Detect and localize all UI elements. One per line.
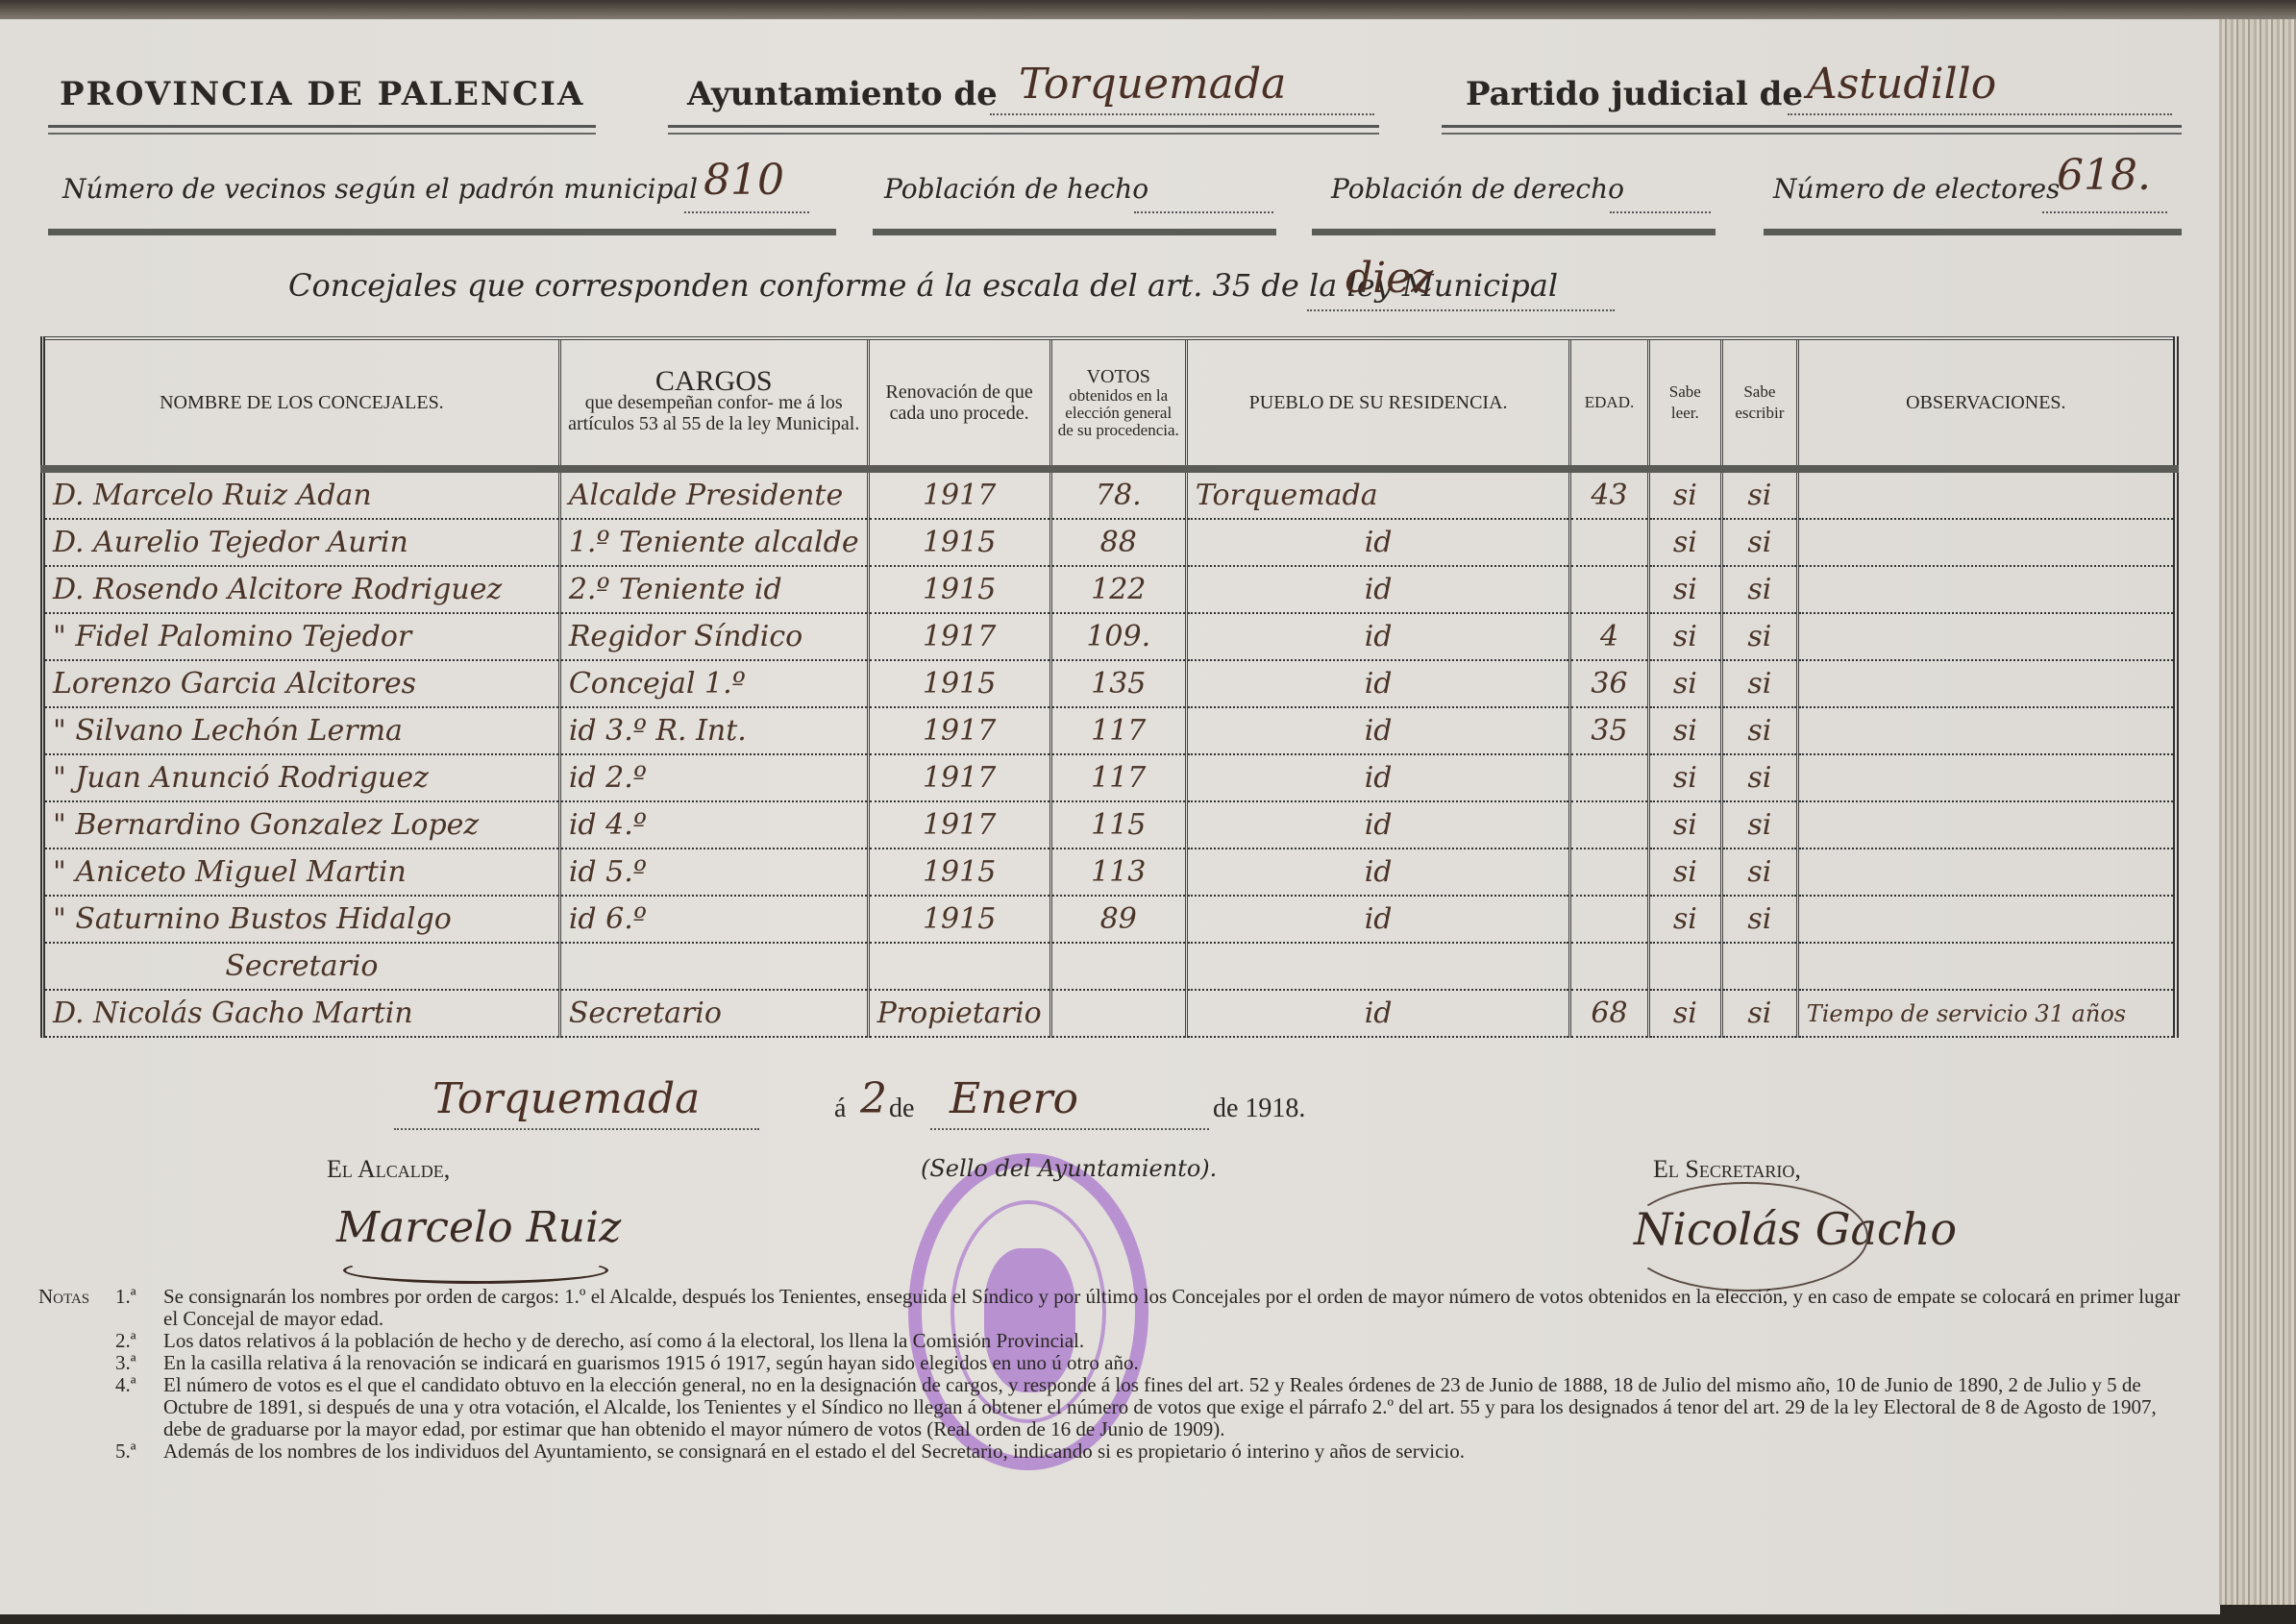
- cell-edad: [1570, 849, 1648, 896]
- cell-votos: 122: [1050, 566, 1186, 613]
- cell-escribir: si: [1722, 801, 1798, 849]
- cell-cargo: id 5.º: [559, 849, 868, 896]
- cell-votos: 117: [1050, 707, 1186, 754]
- cell-leer: si: [1648, 613, 1721, 660]
- cell-observaciones: [1797, 519, 2176, 566]
- note-item: 3.ª En la casilla relativa á la renovaci…: [38, 1352, 2191, 1374]
- date-month-field: Enero: [930, 1103, 1209, 1130]
- divider: [48, 229, 836, 235]
- ayuntamiento-field: Torquemada: [990, 75, 1374, 115]
- table-row: D. Aurelio Tejedor Aurin 1.º Teniente al…: [43, 519, 2177, 566]
- cell-edad: 35: [1570, 707, 1648, 754]
- cell-cargo: Regidor Síndico: [559, 613, 868, 660]
- date-day: 2: [860, 1074, 887, 1123]
- date-de: de: [889, 1094, 914, 1124]
- cell-leer: si: [1648, 469, 1721, 519]
- cell-nombre: Secretario: [43, 943, 560, 990]
- cell-observaciones: [1797, 896, 2176, 943]
- secretario-flourish: [1624, 1182, 1868, 1292]
- cell-pueblo: id: [1186, 801, 1570, 849]
- header-nombre: NOMBRE DE LOS CONCEJALES.: [43, 338, 560, 469]
- header-renovacion: Renovación de que cada uno procede.: [868, 338, 1050, 469]
- cell-votos: 113: [1050, 849, 1186, 896]
- poblacion-hecho-label: Población de hecho: [884, 173, 1148, 205]
- cell-nombre: D. Marcelo Ruiz Adan: [43, 469, 560, 519]
- header-escribir: Sabe escribir: [1722, 338, 1798, 469]
- cell-renovacion: Propietario: [868, 990, 1050, 1037]
- note-number: 5.ª: [115, 1440, 163, 1463]
- cell-escribir: si: [1722, 519, 1798, 566]
- divider: [48, 125, 596, 135]
- cell-votos: 109.: [1050, 613, 1186, 660]
- cell-nombre: " Saturnino Bustos Hidalgo: [43, 896, 560, 943]
- cell-observaciones: [1797, 660, 2176, 707]
- cell-observaciones: [1797, 943, 2176, 990]
- divider: [873, 229, 1276, 235]
- cell-observaciones: [1797, 469, 2176, 519]
- table-row: " Silvano Lechón Lerma id 3.º R. Int. 19…: [43, 707, 2177, 754]
- cell-votos: 117: [1050, 754, 1186, 801]
- cell-leer: si: [1648, 660, 1721, 707]
- cell-renovacion: 1917: [868, 801, 1050, 849]
- cell-cargo: id 3.º R. Int.: [559, 707, 868, 754]
- header-votos: VOTOS obtenidos en la elección general d…: [1050, 338, 1186, 469]
- cell-edad: 43: [1570, 469, 1648, 519]
- note-text: Además de los nombres de los individuos …: [163, 1440, 2191, 1463]
- header-cargos-title: CARGOS: [565, 371, 863, 392]
- cell-renovacion: 1917: [868, 754, 1050, 801]
- divider: [1764, 229, 2182, 235]
- alcalde-flourish: [343, 1257, 608, 1284]
- table-row: " Juan Anunció Rodriguez id 2.º 1917 117…: [43, 754, 2177, 801]
- cell-edad: [1570, 519, 1648, 566]
- cell-nombre: D. Rosendo Alcitore Rodriguez: [43, 566, 560, 613]
- cell-nombre: " Fidel Palomino Tejedor: [43, 613, 560, 660]
- cell-observaciones: [1797, 754, 2176, 801]
- cell-nombre: " Silvano Lechón Lerma: [43, 707, 560, 754]
- cell-escribir: si: [1722, 469, 1798, 519]
- alcalde-signature: Marcelo Ruiz: [336, 1203, 621, 1252]
- header-edad: EDAD.: [1570, 338, 1648, 469]
- cell-edad: 68: [1570, 990, 1648, 1037]
- cell-leer: si: [1648, 849, 1721, 896]
- note-number: 1.ª: [115, 1286, 163, 1330]
- poblacion-hecho-field: [1134, 187, 1273, 213]
- cell-observaciones: [1797, 849, 2176, 896]
- table-row: " Fidel Palomino Tejedor Regidor Síndico…: [43, 613, 2177, 660]
- cell-escribir: si: [1722, 613, 1798, 660]
- cell-cargo: [559, 943, 868, 990]
- cell-edad: [1570, 943, 1648, 990]
- cell-cargo: id 2.º: [559, 754, 868, 801]
- cell-escribir: [1722, 943, 1798, 990]
- cell-nombre: Lorenzo Garcia Alcitores: [43, 660, 560, 707]
- cell-pueblo: id: [1186, 754, 1570, 801]
- date-place-field: Torquemada: [394, 1103, 759, 1130]
- cell-pueblo: [1186, 943, 1570, 990]
- cell-edad: [1570, 754, 1648, 801]
- header-cargos: CARGOS que desempeñan confor- me á los a…: [559, 338, 868, 469]
- cell-escribir: si: [1722, 849, 1798, 896]
- cell-nombre: D. Nicolás Gacho Martin: [43, 990, 560, 1037]
- cell-observaciones: [1797, 801, 2176, 849]
- cell-renovacion: 1915: [868, 896, 1050, 943]
- cell-pueblo: id: [1186, 660, 1570, 707]
- cell-edad: [1570, 896, 1648, 943]
- cell-pueblo: Torquemada: [1186, 469, 1570, 519]
- cell-edad: 36: [1570, 660, 1648, 707]
- note-number: 4.ª: [115, 1374, 163, 1440]
- alcalde-label: El Alcalde,: [327, 1155, 450, 1184]
- date-month: Enero: [950, 1074, 1078, 1123]
- cell-pueblo: id: [1186, 707, 1570, 754]
- cell-observaciones: [1797, 566, 2176, 613]
- cell-pueblo: id: [1186, 849, 1570, 896]
- cell-edad: [1570, 801, 1648, 849]
- cell-edad: [1570, 566, 1648, 613]
- cell-renovacion: 1917: [868, 613, 1050, 660]
- cell-escribir: si: [1722, 754, 1798, 801]
- divider: [1312, 229, 1716, 235]
- note-item: Notas 1.ª Se consignarán los nombres por…: [38, 1286, 2191, 1330]
- cell-pueblo: id: [1186, 519, 1570, 566]
- cell-votos: 78.: [1050, 469, 1186, 519]
- cell-escribir: si: [1722, 566, 1798, 613]
- concejales-field: diez: [1307, 286, 1615, 311]
- header-observaciones: OBSERVACIONES.: [1797, 338, 2176, 469]
- table-row: " Aniceto Miguel Martin id 5.º 1915 113 …: [43, 849, 2177, 896]
- cell-leer: si: [1648, 801, 1721, 849]
- cell-escribir: si: [1722, 990, 1798, 1037]
- cell-pueblo: id: [1186, 566, 1570, 613]
- partido-value: Astudillo: [1807, 60, 1996, 109]
- book-page-edges: [2219, 19, 2296, 1605]
- cell-leer: si: [1648, 990, 1721, 1037]
- cell-pueblo: id: [1186, 896, 1570, 943]
- cell-observaciones: [1797, 707, 2176, 754]
- cell-pueblo: id: [1186, 613, 1570, 660]
- note-text: El número de votos es el que el candidat…: [163, 1374, 2191, 1440]
- cell-cargo: 1.º Teniente alcalde: [559, 519, 868, 566]
- cell-votos: 88: [1050, 519, 1186, 566]
- cell-votos: [1050, 943, 1186, 990]
- poblacion-derecho-field: [1610, 187, 1711, 213]
- note-number: 3.ª: [115, 1352, 163, 1374]
- cell-edad: 4: [1570, 613, 1648, 660]
- cell-nombre: " Bernardino Gonzalez Lopez: [43, 801, 560, 849]
- partido-field: Astudillo: [1788, 75, 2172, 115]
- table-row: Lorenzo Garcia Alcitores Concejal 1.º 19…: [43, 660, 2177, 707]
- cell-renovacion: 1915: [868, 566, 1050, 613]
- cell-renovacion: 1917: [868, 707, 1050, 754]
- cell-observaciones: [1797, 613, 2176, 660]
- table-row: " Bernardino Gonzalez Lopez id 4.º 1917 …: [43, 801, 2177, 849]
- cell-leer: si: [1648, 707, 1721, 754]
- cell-leer: [1648, 943, 1721, 990]
- cell-nombre: " Aniceto Miguel Martin: [43, 849, 560, 896]
- cell-renovacion: 1915: [868, 660, 1050, 707]
- notes-label: Notas: [38, 1286, 115, 1330]
- cell-leer: si: [1648, 566, 1721, 613]
- cell-nombre: " Juan Anunció Rodriguez: [43, 754, 560, 801]
- electores-field: 618.: [2042, 187, 2167, 213]
- divider: [1442, 125, 2182, 135]
- date-year: de 1918.: [1213, 1094, 1305, 1124]
- secretario-label: El Secretario,: [1653, 1155, 1801, 1184]
- note-item: 5.ª Además de los nombres de los individ…: [38, 1440, 2191, 1463]
- partido-label: Partido judicial de: [1466, 75, 1803, 113]
- date-place: Torquemada: [432, 1074, 700, 1123]
- cell-renovacion: 1917: [868, 469, 1050, 519]
- table-row: D. Rosendo Alcitore Rodriguez 2.º Tenien…: [43, 566, 2177, 613]
- cell-cargo: id 6.º: [559, 896, 868, 943]
- cell-cargo: Concejal 1.º: [559, 660, 868, 707]
- vecinos-label: Número de vecinos según el padrón munici…: [62, 173, 698, 205]
- cell-pueblo: id: [1186, 990, 1570, 1037]
- header-cargos-sub: que desempeñan confor- me á los artículo…: [565, 392, 863, 434]
- concejales-value: diez: [1346, 254, 1433, 303]
- note-text: Se consignarán los nombres por orden de …: [163, 1286, 2191, 1330]
- cell-leer: si: [1648, 519, 1721, 566]
- note-text: En la casilla relativa á la renovación s…: [163, 1352, 2191, 1374]
- cell-votos: 89: [1050, 896, 1186, 943]
- electores-label: Número de electores: [1773, 173, 2060, 205]
- cell-cargo: Alcalde Presidente: [559, 469, 868, 519]
- sello-label: (Sello del Ayuntamiento).: [921, 1155, 1217, 1182]
- table-header-row: NOMBRE DE LOS CONCEJALES. CARGOS que des…: [43, 338, 2177, 469]
- note-number: 2.ª: [115, 1330, 163, 1352]
- note-text: Los datos relativos á la población de he…: [163, 1330, 2191, 1352]
- cell-votos: 115: [1050, 801, 1186, 849]
- cell-renovacion: [868, 943, 1050, 990]
- vecinos-field: 810: [684, 183, 809, 213]
- header-votos-title: VOTOS: [1056, 366, 1181, 387]
- table-row: D. Marcelo Ruiz Adan Alcalde Presidente …: [43, 469, 2177, 519]
- notes-section: Notas 1.ª Se consignarán los nombres por…: [38, 1286, 2191, 1463]
- header-votos-sub: obtenidos en la elección general de su p…: [1056, 387, 1181, 439]
- cell-cargo: Secretario: [559, 990, 868, 1037]
- table-row: " Saturnino Bustos Hidalgo id 6.º 1915 8…: [43, 896, 2177, 943]
- cell-escribir: si: [1722, 896, 1798, 943]
- divider: [668, 125, 1379, 135]
- cell-nombre: D. Aurelio Tejedor Aurin: [43, 519, 560, 566]
- cell-escribir: si: [1722, 660, 1798, 707]
- provincia-title: PROVINCIA DE PALENCIA: [60, 75, 584, 113]
- electores-value: 618.: [2057, 151, 2151, 200]
- cell-cargo: id 4.º: [559, 801, 868, 849]
- cell-renovacion: 1915: [868, 849, 1050, 896]
- note-item: 2.ª Los datos relativos á la población d…: [38, 1330, 2191, 1352]
- cell-votos: [1050, 990, 1186, 1037]
- ayuntamiento-value: Torquemada: [1019, 60, 1286, 109]
- cell-leer: si: [1648, 896, 1721, 943]
- header-pueblo: PUEBLO DE SU RESIDENCIA.: [1186, 338, 1570, 469]
- poblacion-derecho-label: Población de derecho: [1331, 173, 1624, 205]
- cell-leer: si: [1648, 754, 1721, 801]
- document-page: PROVINCIA DE PALENCIA Ayuntamiento de To…: [0, 19, 2220, 1614]
- cell-cargo: 2.º Teniente id: [559, 566, 868, 613]
- cell-escribir: si: [1722, 707, 1798, 754]
- table-row: Secretario: [43, 943, 2177, 990]
- cell-renovacion: 1915: [868, 519, 1050, 566]
- ayuntamiento-label: Ayuntamiento de: [687, 75, 998, 113]
- concejales-table: NOMBRE DE LOS CONCEJALES. CARGOS que des…: [40, 336, 2179, 1038]
- header-leer: Sabe leer.: [1648, 338, 1721, 469]
- cell-votos: 135: [1050, 660, 1186, 707]
- vecinos-value: 810: [704, 156, 784, 205]
- date-a: á: [834, 1094, 846, 1124]
- cell-observaciones: Tiempo de servicio 31 años: [1797, 990, 2176, 1037]
- table-row: D. Nicolás Gacho Martin Secretario Propi…: [43, 990, 2177, 1037]
- note-item: 4.ª El número de votos es el que el cand…: [38, 1374, 2191, 1440]
